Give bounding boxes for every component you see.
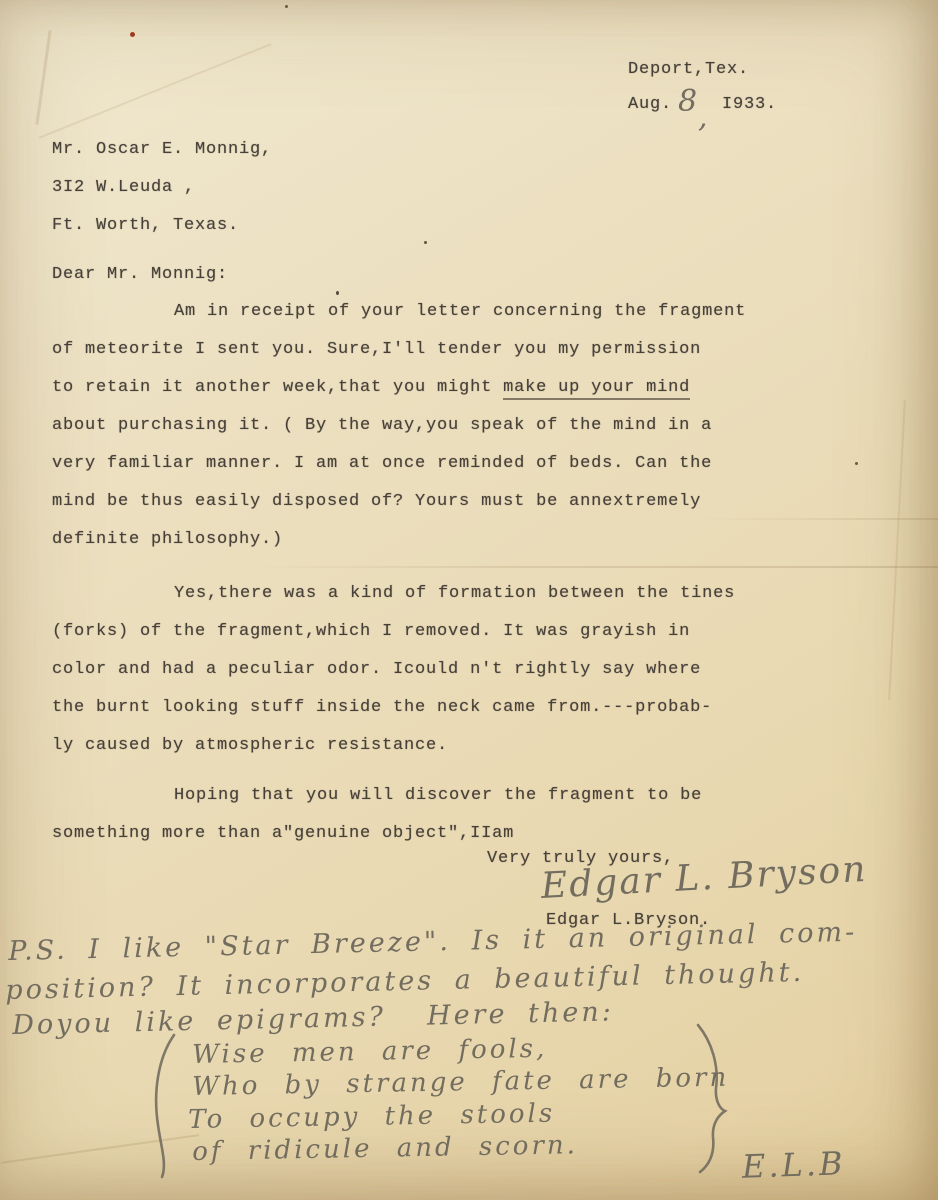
epigram-left-brace [150,1032,180,1180]
letter-body: Am in receipt of your letter concerning … [52,293,792,853]
letter-page: Deport,Tex. Aug. 8 , I933. Mr. Oscar E. … [0,0,938,1200]
recipient-name: Mr. Oscar E. Monnig, [52,140,272,159]
body-line: very familiar manner. I am at once remin… [52,445,792,483]
body-line: Am in receipt of your letter concerning … [52,293,792,331]
letter-date-comma-handwritten: , [698,100,708,135]
paper-speck [285,5,288,8]
body-line: something more than a"genuine object",II… [52,815,792,853]
corner-crease [35,30,51,124]
paper-speck [424,241,427,244]
body-line: color and had a peculiar odor. Icould n'… [52,651,792,689]
recipient-street: 3I2 W.Leuda , [52,178,195,197]
underlined-phrase: make up your mind [503,378,690,400]
epigram-line: Wise men are fools, [192,1034,548,1070]
epigram-line: of ridicule and scorn. [192,1130,578,1167]
recipient-city: Ft. Worth, Texas. [52,216,239,235]
letter-date-day-handwritten: 8 [678,84,697,119]
body-line: definite philosophy.) [52,521,792,559]
letter-date-year: I933. [722,95,777,114]
body-line: Hoping that you will discover the fragme… [52,777,792,815]
body-line: mind be thus easily disposed of? Yours m… [52,483,792,521]
salutation: Dear Mr. Monnig: [52,265,228,284]
body-line: to retain it another week,that you might… [52,369,792,407]
letter-date-month: Aug. [628,95,672,114]
body-line: (forks) of the fragment,which I removed.… [52,613,792,651]
postscript-initials: E.L.B [741,1144,846,1186]
body-line: about purchasing it. ( By the way,you sp… [52,407,792,445]
body-line: Yes,there was a kind of formation betwee… [52,575,792,613]
paper-speck [855,462,858,465]
paragraph-gap [52,765,792,777]
body-line: of meteorite I sent you. Sure,I'll tende… [52,331,792,369]
body-line-segment: to retain it another week,that you might [52,378,503,397]
right-edge-crease [888,400,906,700]
epigram-line: To occupy the stools [188,1099,555,1135]
letter-place: Deport,Tex. [628,60,749,79]
body-line: the burnt looking stuff inside the neck … [52,689,792,727]
body-line: ly caused by atmospheric resistance. [52,727,792,765]
paragraph-gap [52,559,792,575]
epigram-right-brace [692,1022,728,1174]
corner-crease [39,43,272,139]
red-ink-speck [130,32,135,37]
